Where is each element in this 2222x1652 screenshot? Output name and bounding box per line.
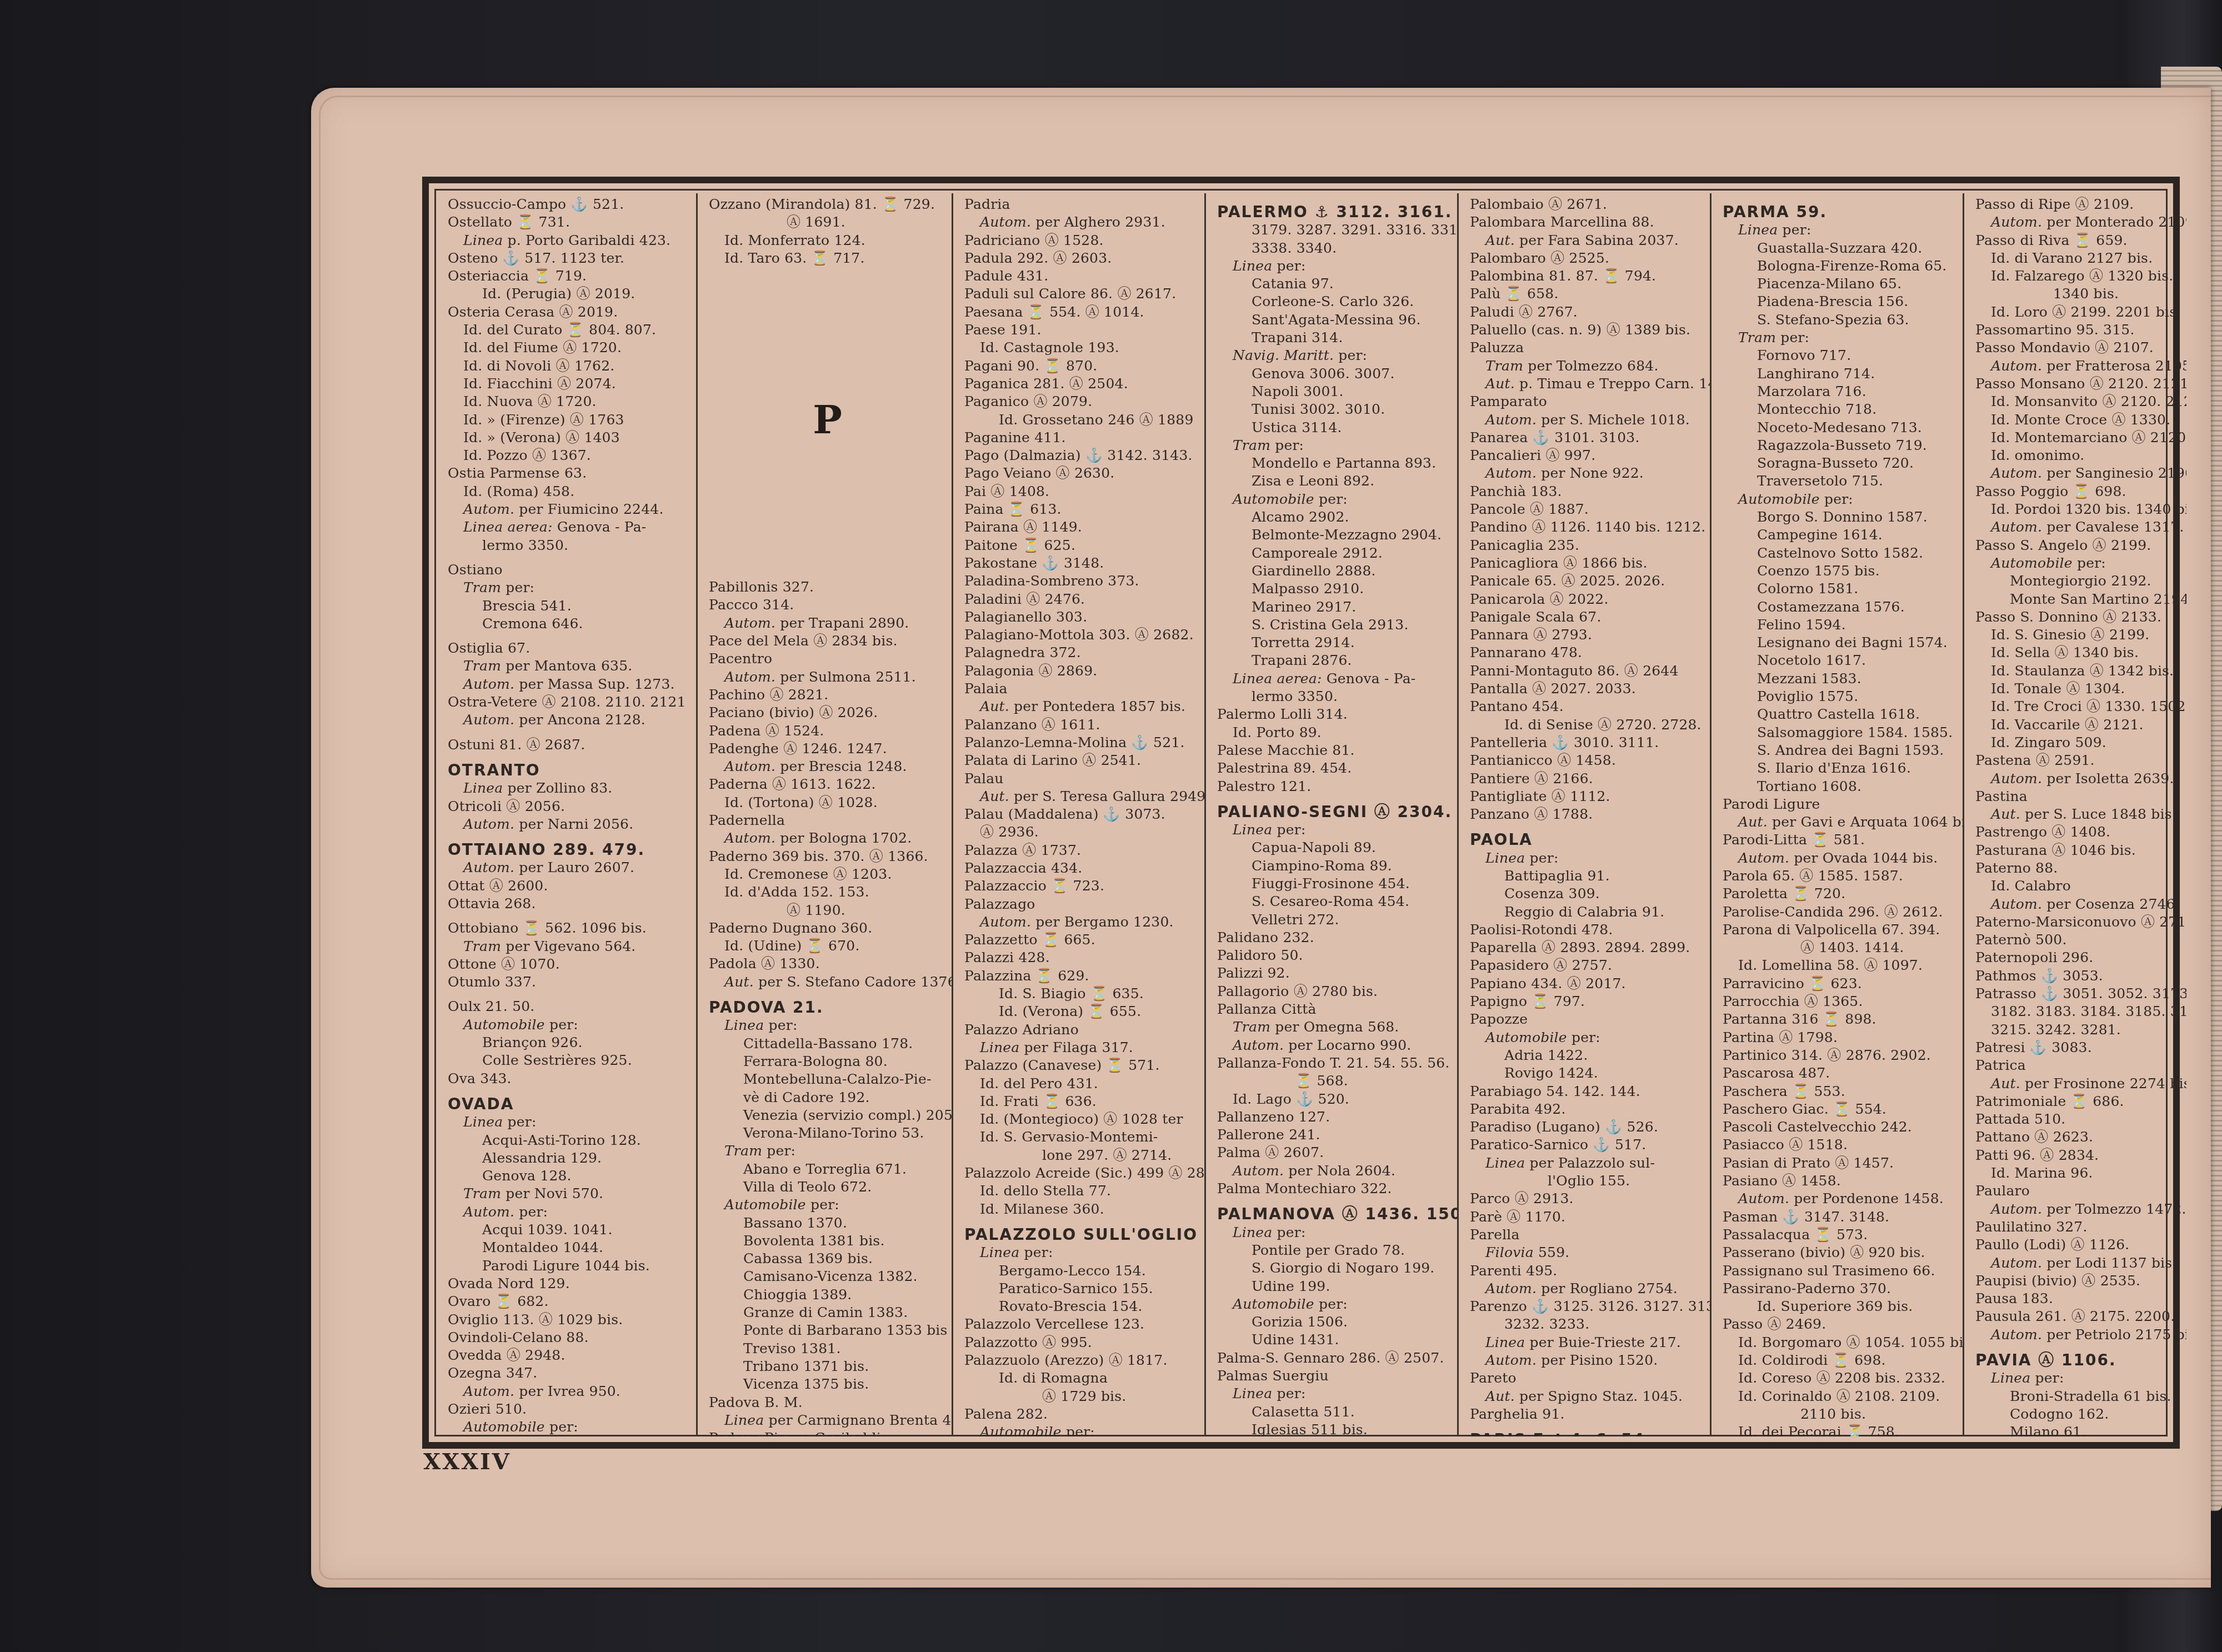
index-entry: Ostiglia 67. xyxy=(448,639,690,657)
index-entry: Linea per: xyxy=(1975,1369,2181,1387)
index-entry: Palazzetto ⏳ 665. xyxy=(964,931,1199,949)
index-entry: Tram per Tolmezzo 684. xyxy=(1470,357,1704,375)
index-entry: Rovato-Brescia 154. xyxy=(964,1298,1199,1315)
index-entry: Id. Vaccarile Ⓐ 2121. xyxy=(1975,716,2181,734)
page-number: XXXIV xyxy=(423,1449,511,1475)
index-entry: Autom. per Cavalese 1317. xyxy=(1975,518,2181,536)
index-entry: Ostuni 81. Ⓐ 2687. xyxy=(448,736,690,754)
index-entry: Linea aerea: Genova - Pa- xyxy=(448,518,690,536)
index-heading: PALIANO-SEGNI Ⓐ 2304. xyxy=(1217,803,1452,821)
index-entry: Panicaglia 235. xyxy=(1470,537,1704,554)
index-entry: Paduli sul Calore 86. Ⓐ 2617. xyxy=(964,285,1199,303)
index-entry: Brescia 541. xyxy=(448,597,690,615)
index-entry: Palanzo-Lemna-Molina ⚓ 521. xyxy=(964,734,1199,752)
index-entry: Oviglio 113. Ⓐ 1029 bis. xyxy=(448,1311,690,1329)
index-entry: Paullo (Lodi) Ⓐ 1126. xyxy=(1975,1236,2181,1254)
index-entry: Palazzaccia 434. xyxy=(964,859,1199,877)
index-entry: Trapani 314. xyxy=(1217,329,1452,347)
index-entry: Guastalla-Suzzara 420. xyxy=(1723,239,1957,257)
index-entry: Paterno-Marsiconuovo Ⓐ 2713. xyxy=(1975,913,2181,931)
index-entry: Palazzo Adriano xyxy=(964,1021,1199,1039)
index-entry: Linea per Palazzolo sul- xyxy=(1470,1154,1704,1172)
index-entry: Capua-Napoli 89. xyxy=(1217,839,1452,857)
index-entry: Palazzo (Canavese) ⏳ 571. xyxy=(964,1057,1199,1074)
index-entry: Partanna 316 ⏳ 898. xyxy=(1723,1010,1957,1028)
index-entry: Id. Loro Ⓐ 2199. 2201 bis. xyxy=(1975,303,2181,321)
index-entry: Pairana Ⓐ 1149. xyxy=(964,518,1199,536)
index-entry: Passo Mondavio Ⓐ 2107. xyxy=(1975,339,2181,357)
index-entry: Partinico 314. Ⓐ 2876. 2902. xyxy=(1723,1047,1957,1064)
index-entry: Automobile per: xyxy=(964,1423,1199,1436)
index-entry: Paganine 411. xyxy=(964,429,1199,447)
index-entry: Id. S. Biagio ⏳ 635. xyxy=(964,985,1199,1003)
index-entry: Osteno ⚓ 517. 1123 ter. xyxy=(448,249,690,267)
index-entry: Id. Pozzo Ⓐ 1367. xyxy=(448,447,690,464)
index-entry: Autom. per Lauro 2607. xyxy=(448,859,690,877)
index-entry: Pallerone 241. xyxy=(1217,1126,1452,1144)
index-entry: Alessandria 129. xyxy=(448,1149,690,1167)
index-entry: Iglesias 511 bis. xyxy=(1217,1421,1452,1436)
index-entry: Pagani 90. ⏳ 870. xyxy=(964,357,1199,375)
index-entry: Milano 61. xyxy=(1975,1423,2181,1436)
index-entry: Padova B. M. xyxy=(709,1394,946,1411)
index-entry: Cremona 646. xyxy=(448,615,690,633)
index-entry: Paluzza xyxy=(1470,339,1704,357)
index-heading: PALMANOVA Ⓐ 1436. 1502 ter. xyxy=(1217,1205,1452,1223)
index-entry: lone 297. Ⓐ 2714. xyxy=(964,1147,1199,1164)
index-entry: Paciano (bivio) Ⓐ 2026. xyxy=(709,704,946,722)
index-entry: Ossuccio-Campo ⚓ 521. xyxy=(448,196,690,213)
index-entry: Id. Castagnole 193. xyxy=(964,339,1199,357)
index-entry: Paschera ⏳ 553. xyxy=(1723,1083,1957,1100)
index-entry: Id. del Pero 431. xyxy=(964,1075,1199,1093)
index-entry: Palazzolo Vercellese 123. xyxy=(964,1315,1199,1333)
index-entry: Quattro Castella 1618. xyxy=(1723,705,1957,723)
index-entry: Passo di Riva ⏳ 659. xyxy=(1975,232,2181,249)
index-entry: Tortiano 1608. xyxy=(1723,778,1957,795)
index-entry: Autom. per Pordenone 1458. xyxy=(1723,1190,1957,1208)
index-entry: Patti 96. Ⓐ 2834. xyxy=(1975,1147,2181,1164)
index-entry: Pago (Dalmazia) ⚓ 3142. 3143. xyxy=(964,447,1199,464)
index-entry: Paderno Dugnano 360. xyxy=(709,919,946,937)
index-entry: Linea per: xyxy=(1723,221,1957,239)
index-entry: Ovindoli-Celano 88. xyxy=(448,1329,690,1346)
index-entry: Autom. per Isoletta 2639. xyxy=(1975,770,2181,788)
index-entry: Palese Macchie 81. xyxy=(1217,742,1452,759)
index-entry: Fornovo 717. xyxy=(1723,347,1957,364)
index-entry: Id. (Perugia) Ⓐ 2019. xyxy=(448,285,690,303)
index-entry: 1340 bis. xyxy=(1975,285,2181,303)
index-entry: Padenghe Ⓐ 1246. 1247. xyxy=(709,740,946,758)
index-entry: Padule 431. xyxy=(964,267,1199,285)
index-column-3: PadriaAutom. per Alghero 2931.Padriciano… xyxy=(953,193,1206,1436)
index-entry: Panigale Scala 67. xyxy=(1470,608,1704,626)
index-entry: Ciampino-Roma 89. xyxy=(1217,857,1452,875)
index-entry: Papiano 434. Ⓐ 2017. xyxy=(1470,975,1704,993)
index-entry: Autom. per S. Michele 1018. xyxy=(1470,411,1704,429)
index-entry: Autom. per Pisino 1520. xyxy=(1470,1351,1704,1369)
index-entry: Tram per Mantova 635. xyxy=(448,657,690,675)
index-entry: Palazzotto Ⓐ 995. xyxy=(964,1334,1199,1351)
index-entry: Pancalieri Ⓐ 997. xyxy=(1470,447,1704,464)
index-entry: Parravicino ⏳ 623. xyxy=(1723,975,1957,993)
index-entry: Montaldeo 1044. xyxy=(448,1239,690,1256)
index-entry: Id. Staulanza Ⓐ 1342 bis. xyxy=(1975,662,2181,680)
index-entry: Panicagliora Ⓐ 1866 bis. xyxy=(1470,554,1704,572)
index-entry: Pace del Mela Ⓐ 2834 bis. xyxy=(709,632,946,650)
index-entry: Padria xyxy=(964,196,1199,213)
index-entry: Palestrina 89. 454. xyxy=(1217,759,1452,777)
index-entry: Panarea ⚓ 3101. 3103. xyxy=(1470,429,1704,447)
index-entry: Id. (Roma) 458. xyxy=(448,483,690,500)
index-entry: Traversetolo 715. xyxy=(1723,472,1957,490)
index-entry: Paroletta ⏳ 720. xyxy=(1723,885,1957,903)
index-entry: Chioggia 1389. xyxy=(709,1286,946,1304)
index-entry: Osteria Cerasa Ⓐ 2019. xyxy=(448,303,690,321)
index-entry: Palma Montechiaro 322. xyxy=(1217,1180,1452,1198)
index-entry: Id. di Romagna xyxy=(964,1369,1199,1387)
index-entry: Patrasso ⚓ 3051. 3052. 3173. xyxy=(1975,985,2181,1003)
index-entry: Reggio di Calabria 91. xyxy=(1470,903,1704,921)
index-entry: Automobile per: xyxy=(1217,1295,1452,1313)
index-entry: Passo Poggio ⏳ 698. xyxy=(1975,483,2181,500)
index-entry: Tram per: xyxy=(1217,437,1452,454)
index-entry: Padola Ⓐ 1330. xyxy=(709,955,946,973)
index-entry: Adria 1422. xyxy=(1470,1047,1704,1064)
index-entry: Paparella Ⓐ 2893. 2894. 2899. xyxy=(1470,939,1704,957)
index-entry: Partina Ⓐ 1798. xyxy=(1723,1029,1957,1047)
index-entry: Linea aerea: Genova - Pa- xyxy=(1217,670,1452,688)
index-entry: Paschero Giac. ⏳ 554. xyxy=(1723,1100,1957,1118)
index-entry: Pasian di Prato Ⓐ 1457. xyxy=(1723,1154,1957,1172)
index-entry: Bologna-Firenze-Roma 65. xyxy=(1723,257,1957,275)
index-entry: Nocetolo 1617. xyxy=(1723,652,1957,669)
index-entry: Id. (Udine) ⏳ 670. xyxy=(709,937,946,955)
index-entry: Paupisi (bivio) Ⓐ 2535. xyxy=(1975,1272,2181,1290)
index-entry: Borgo S. Donnino 1587. xyxy=(1723,508,1957,526)
index-entry: Padena Ⓐ 1524. xyxy=(709,722,946,740)
index-entry: Pontile per Grado 78. xyxy=(1217,1241,1452,1259)
index-entry: Ⓐ 1691. xyxy=(709,213,946,231)
index-entry: Pantiere Ⓐ 2166. xyxy=(1470,770,1704,788)
index-entry: Autom. per Cosenza 2746. xyxy=(1975,895,2181,913)
index-entry: Fiuggi-Frosinone 454. xyxy=(1217,875,1452,893)
index-entry: Passerano (bivio) Ⓐ 920 bis. xyxy=(1723,1244,1957,1261)
index-entry: Pascarosa 487. xyxy=(1723,1064,1957,1082)
index-entry: Parona di Valpolicella 67. 394. xyxy=(1723,921,1957,939)
index-entry: Paina ⏳ 613. xyxy=(964,500,1199,518)
index-entry: S. Ilario d'Enza 1616. xyxy=(1723,759,1957,777)
index-entry: Ⓐ 1403. 1414. xyxy=(1723,939,1957,957)
index-entry: Padernella xyxy=(709,812,946,829)
index-heading: OTTAIANO 289. 479. xyxy=(448,841,690,859)
index-entry: Autom. per Brescia 1248. xyxy=(709,758,946,775)
index-entry: Automobile per: xyxy=(448,1418,690,1436)
index-entry: Paternopoli 296. xyxy=(1975,949,2181,967)
index-entry: Pallanza Città xyxy=(1217,1000,1452,1018)
index-entry: Paladini Ⓐ 2476. xyxy=(964,590,1199,608)
index-entry: Paitone ⏳ 625. xyxy=(964,537,1199,554)
index-entry: Codogno 162. xyxy=(1975,1405,2181,1423)
index-entry: Pantelleria ⚓ 3010. 3111. xyxy=(1470,734,1704,752)
index-entry: Ⓐ 1190. xyxy=(709,902,946,919)
index-entry: Autom. per Narni 2056. xyxy=(448,815,690,833)
index-entry: Belmonte-Mezzagno 2904. xyxy=(1217,526,1452,544)
index-entry: Pabillonis 327. xyxy=(709,578,946,596)
index-entry: Palidoro 50. xyxy=(1217,947,1452,964)
index-entry: lermo 3350. xyxy=(1217,688,1452,705)
index-entry: Pastrengo Ⓐ 1408. xyxy=(1975,823,2181,841)
index-entry: Id. » (Firenze) Ⓐ 1763 xyxy=(448,411,690,429)
index-entry: Automobile per: xyxy=(1470,1029,1704,1047)
index-entry: Automobile per: xyxy=(1217,490,1452,508)
index-entry: Passo Monsano Ⓐ 2120. 2121. 2129 xyxy=(1975,375,2181,393)
index-entry: Piacenza-Milano 65. xyxy=(1723,275,1957,293)
index-entry: Autom. per Bergamo 1230. xyxy=(964,913,1199,931)
index-entry: Id. di Varano 2127 bis. xyxy=(1975,249,2181,267)
index-entry: Tram per Novi 570. xyxy=(448,1185,690,1203)
index-entry: Parghelia 91. xyxy=(1470,1405,1704,1423)
index-entry: Ottone Ⓐ 1070. xyxy=(448,955,690,973)
index-entry: Automobile per: xyxy=(1723,490,1957,508)
index-entry: Ottobiano ⏳ 562. 1096 bis. xyxy=(448,919,690,937)
index-entry: Paolisi-Rotondi 478. xyxy=(1470,921,1704,939)
index-entry: Acqui 1039. 1041. xyxy=(448,1221,690,1239)
index-entry: Bovolenta 1381 bis. xyxy=(709,1232,946,1250)
index-entry: Parodi Ligure 1044 bis. xyxy=(448,1257,690,1275)
index-entry: Mondello e Partanna 893. xyxy=(1217,454,1452,472)
index-entry: Linea per: xyxy=(964,1244,1199,1261)
index-entry: Palazzina ⏳ 629. xyxy=(964,967,1199,985)
index-entry: S. Stefano-Spezia 63. xyxy=(1723,311,1957,329)
index-entry: Id. » (Verona) Ⓐ 1403 xyxy=(448,429,690,447)
index-entry: Parco Ⓐ 2913. xyxy=(1470,1190,1704,1208)
index-entry: Villa di Teolo 672. xyxy=(709,1178,946,1196)
index-entry: Patrica xyxy=(1975,1057,2181,1074)
index-entry: Id. dei Pecorai ⏳ 758. xyxy=(1723,1423,1957,1436)
index-entry: Paderna Ⓐ 1613. 1622. xyxy=(709,775,946,793)
index-entry: Parella xyxy=(1470,1226,1704,1244)
index-entry: Linea per Carmignano Brenta 401 xyxy=(709,1411,946,1429)
index-entry: Pai Ⓐ 1408. xyxy=(964,483,1199,500)
index-columns: Ossuccio-Campo ⚓ 521.Ostellato ⏳ 731.Lin… xyxy=(437,193,2169,1436)
index-entry: Palombina 81. 87. ⏳ 794. xyxy=(1470,267,1704,285)
index-entry: Palagianello 303. xyxy=(964,608,1199,626)
index-entry: Ustica 3114. xyxy=(1217,419,1452,437)
index-entry: Linea per: xyxy=(448,1113,690,1131)
index-entry: Lesignano dei Bagni 1574. xyxy=(1723,634,1957,652)
index-entry: l'Oglio 155. xyxy=(1470,1172,1704,1190)
index-entry: Marineo 2917. xyxy=(1217,598,1452,616)
index-entry: lermo 3350. xyxy=(448,537,690,554)
index-entry: Id. (Montegioco) Ⓐ 1028 ter xyxy=(964,1110,1199,1128)
index-entry: Filovia 559. xyxy=(1470,1244,1704,1261)
index-entry: Pannarano 478. xyxy=(1470,644,1704,662)
index-entry: Parodi-Litta ⏳ 581. xyxy=(1723,831,1957,849)
index-entry: Ostra-Vetere Ⓐ 2108. 2110. 2121 xyxy=(448,693,690,711)
index-entry: S. Cesareo-Roma 454. xyxy=(1217,893,1452,910)
index-entry: Aut. per S. Teresa Gallura 2949. xyxy=(964,788,1199,805)
index-entry: Id. di Senise Ⓐ 2720. 2728. xyxy=(1470,716,1704,734)
index-entry: Palma-S. Gennaro 286. Ⓐ 2507. xyxy=(1217,1349,1452,1367)
index-entry: Id. Monsanvito Ⓐ 2120. 2129. xyxy=(1975,393,2181,411)
index-entry: Acqui-Asti-Torino 128. xyxy=(448,1132,690,1149)
index-entry: Padula 292. Ⓐ 2603. xyxy=(964,249,1199,267)
index-entry: Id. Monferrato 124. xyxy=(709,232,946,249)
index-entry: Paladina-Sombreno 373. xyxy=(964,572,1199,590)
index-entry: Palestro 121. xyxy=(1217,778,1452,795)
index-entry: Id. di Novoli Ⓐ 1762. xyxy=(448,357,690,375)
index-entry: Aut. per Pontedera 1857 bis. xyxy=(964,698,1199,715)
index-entry: Parodi Ligure xyxy=(1723,795,1957,813)
index-entry: Salsomaggiore 1584. 1585. xyxy=(1723,724,1957,742)
index-entry: Udine 199. xyxy=(1217,1278,1452,1295)
index-entry: Passalacqua ⏳ 573. xyxy=(1723,1226,1957,1244)
index-entry: Autom. per: xyxy=(448,1203,690,1221)
index-entry: Pattada 510. xyxy=(1975,1110,2181,1128)
index-entry: Napoli 3001. xyxy=(1217,383,1452,401)
index-entry: Soragna-Busseto 720. xyxy=(1723,454,1957,472)
index-entry: Ⓐ 2936. xyxy=(964,823,1199,841)
index-entry: Paganico Ⓐ 2079. xyxy=(964,393,1199,411)
index-entry: Briançon 926. xyxy=(448,1034,690,1052)
index-entry: Padriciano Ⓐ 1528. xyxy=(964,232,1199,249)
index-entry: Pausa 183. xyxy=(1975,1290,2181,1308)
index-entry: Palombaio Ⓐ 2671. xyxy=(1470,196,1704,213)
index-entry: Id. Borgomaro Ⓐ 1054. 1055 bis. xyxy=(1723,1334,1957,1351)
index-entry: Paulilatino 327. xyxy=(1975,1218,2181,1236)
index-entry: Ozegna 347. xyxy=(448,1364,690,1382)
index-entry: Paternò 500. xyxy=(1975,931,2181,949)
index-entry: Id. dello Stella 77. xyxy=(964,1182,1199,1200)
index-entry: Id. Montemarciano Ⓐ 2120. 2129 xyxy=(1975,429,2181,447)
index-entry: 3215. 3242. 3281. xyxy=(1975,1021,2181,1039)
index-entry: Parolise-Candida 296. Ⓐ 2612. xyxy=(1723,903,1957,921)
index-entry: Camisano-Vicenza 1382. xyxy=(709,1268,946,1285)
index-entry: Palazzi 428. xyxy=(964,949,1199,967)
index-entry: Id. Calabro xyxy=(1975,877,2181,895)
index-entry: Pascoli Castelvecchio 242. xyxy=(1723,1118,1957,1136)
index-entry: Id. Fiacchini Ⓐ 2074. xyxy=(448,375,690,393)
index-entry: Tram per Omegna 568. xyxy=(1217,1018,1452,1036)
index-entry: Id. omonimo. xyxy=(1975,447,2181,464)
index-entry: Linea per: xyxy=(1470,849,1704,867)
index-entry: Palagiano-Mottola 303. Ⓐ 2682. xyxy=(964,626,1199,644)
index-entry: Linea per: xyxy=(709,1017,946,1034)
index-entry: Autom. per Alghero 2931. xyxy=(964,213,1199,231)
index-entry: Pannara Ⓐ 2793. xyxy=(1470,626,1704,644)
index-entry: Pachino Ⓐ 2821. xyxy=(709,686,946,704)
index-entry: Sant'Agata-Messina 96. xyxy=(1217,311,1452,329)
index-entry: Aut. per Spigno Staz. 1045. xyxy=(1470,1388,1704,1405)
index-entry: Aut. p. Timau e Treppo Carn. 1468 xyxy=(1470,375,1704,393)
index-entry: Id. S. Ginesio Ⓐ 2199. xyxy=(1975,626,2181,644)
index-entry: Autom. per Lodi 1137 bis. xyxy=(1975,1254,2181,1272)
index-entry: Pandino Ⓐ 1126. 1140 bis. 1212. xyxy=(1470,518,1704,536)
index-entry: Navig. Maritt. per: xyxy=(1217,347,1452,364)
index-entry: Parola 65. Ⓐ 1585. 1587. xyxy=(1723,867,1957,885)
index-entry: Papasidero Ⓐ 2757. xyxy=(1470,957,1704,974)
index-entry: Patresi ⚓ 3083. xyxy=(1975,1039,2181,1057)
index-entry: Ostellato ⏳ 731. xyxy=(448,213,690,231)
index-entry: Papigno ⏳ 797. xyxy=(1470,993,1704,1010)
index-entry: ⏳ 568. xyxy=(1217,1072,1452,1090)
index-entry: Palazzaccio ⏳ 723. xyxy=(964,877,1199,895)
index-entry: Id. d'Adda 152. 153. xyxy=(709,883,946,901)
index-entry: Pasiano Ⓐ 1458. xyxy=(1723,1172,1957,1190)
section-letter: P xyxy=(709,395,946,445)
index-entry: Pantano 454. xyxy=(1470,698,1704,715)
index-entry: Otricoli Ⓐ 2056. xyxy=(448,798,690,815)
index-entry: Automobile per: xyxy=(448,1016,690,1034)
index-entry: Id. Taro 63. ⏳ 717. xyxy=(709,249,946,267)
index-entry: Pastina xyxy=(1975,788,2181,805)
index-entry: Tram per: xyxy=(1723,329,1957,347)
index-entry: Id. Monte Croce Ⓐ 1330. xyxy=(1975,411,2181,429)
index-entry: Paterno 88. xyxy=(1975,859,2181,877)
index-entry: Bergamo-Lecco 154. xyxy=(964,1262,1199,1280)
index-entry: Palazzolo Acreide (Sic.) 499 Ⓐ 2812 xyxy=(964,1164,1199,1182)
index-entry: Monte San Martino 2194. xyxy=(1975,590,2181,608)
index-entry: Id. Lago ⚓ 520. xyxy=(1217,1090,1452,1108)
index-entry: Ottavia 268. xyxy=(448,895,690,913)
index-entry: Automobile per: xyxy=(1975,554,2181,572)
index-entry: Ostia Parmense 63. xyxy=(448,464,690,482)
index-entry: Autom. per Petriolo 2175 bis. xyxy=(1975,1326,2181,1344)
index-entry: Parenzo ⚓ 3125. 3126. 3127. 3131. xyxy=(1470,1298,1704,1315)
index-heading: PAVIA Ⓐ 1106. xyxy=(1975,1351,2181,1369)
index-entry: 3179. 3287. 3291. 3316. 3317. xyxy=(1217,221,1452,239)
index-entry: Tram per: xyxy=(709,1142,946,1160)
index-heading: PAOLA xyxy=(1470,831,1704,849)
index-entry: Palazzuolo (Arezzo) Ⓐ 1817. xyxy=(964,1351,1199,1369)
index-entry: Passomartino 95. 315. xyxy=(1975,321,2181,339)
index-entry: Parenti 495. xyxy=(1470,1262,1704,1280)
index-entry: Palmas Suergiu xyxy=(1217,1367,1452,1385)
index-entry: Id. Lomellina 58. Ⓐ 1097. xyxy=(1723,957,1957,974)
index-entry: Id. Milanese 360. xyxy=(964,1200,1199,1218)
index-entry: Marzolara 716. xyxy=(1723,383,1957,401)
index-entry: 2110 bis. xyxy=(1723,1405,1957,1423)
index-entry: Palena 282. xyxy=(964,1405,1199,1423)
index-entry: Autom. per Nola 2604. xyxy=(1217,1162,1452,1180)
index-entry: Campegine 1614. xyxy=(1723,526,1957,544)
index-entry: Pathmos ⚓ 3053. xyxy=(1975,967,2181,985)
index-entry: Id. Frati ⏳ 636. xyxy=(964,1093,1199,1110)
index-entry: Id. Coreso Ⓐ 2208 bis. 2332. xyxy=(1723,1369,1957,1387)
index-entry: Ⓐ 1729 bis. xyxy=(964,1388,1199,1405)
index-entry: Venezia (servizio compl.) 205 xyxy=(709,1107,946,1124)
index-entry: Paludi Ⓐ 2767. xyxy=(1470,303,1704,321)
index-heading: PARMA 59. xyxy=(1723,203,1957,221)
index-entry: Autom. per Fratterosa 2105. xyxy=(1975,357,2181,375)
index-entry: Autom. per Ovada 1044 bis. xyxy=(1723,849,1957,867)
index-entry: Id. Pordoi 1320 bis. 1340 bis. xyxy=(1975,500,2181,518)
index-entry: Parrocchia Ⓐ 1365. xyxy=(1723,993,1957,1010)
index-entry: Id. Superiore 369 bis. xyxy=(1723,1298,1957,1315)
index-entry: Pancole Ⓐ 1887. xyxy=(1470,500,1704,518)
index-entry: Udine 1431. xyxy=(1217,1331,1452,1349)
index-entry: Genova 128. xyxy=(448,1167,690,1185)
index-entry: Pasiacco Ⓐ 1518. xyxy=(1723,1136,1957,1154)
index-entry: Zisa e Leoni 892. xyxy=(1217,472,1452,490)
index-entry: Linea p. Porto Garibaldi 423. xyxy=(448,232,690,249)
index-entry: Linea per Filaga 317. xyxy=(964,1039,1199,1057)
index-heading: OVADA xyxy=(448,1095,690,1113)
index-entry: Id. del Curato ⏳ 804. 807. xyxy=(448,321,690,339)
index-entry: Paradiso (Lugano) ⚓ 526. xyxy=(1470,1118,1704,1136)
index-entry: Ovada Nord 129. xyxy=(448,1275,690,1293)
